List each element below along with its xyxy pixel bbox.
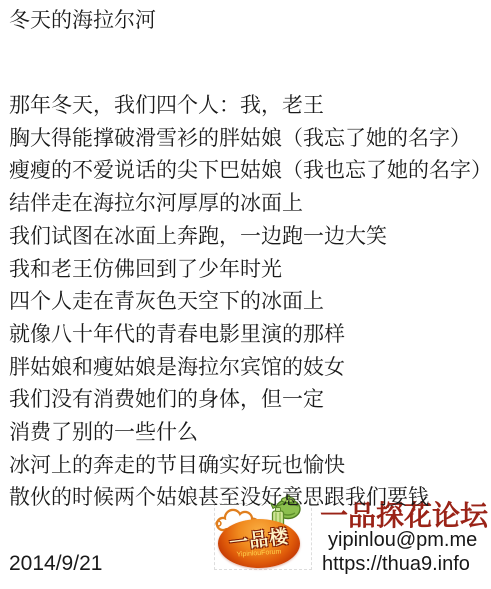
poem-line: 结伴走在海拉尔河厚厚的冰面上 (9, 188, 491, 221)
poem-line: 我们试图在冰面上奔跑，一边跑一边大笑 (9, 221, 491, 254)
poem-body: 那年冬天，我们四个人：我，老王 胸大得能撑破滑雪衫的胖姑娘（我忘了她的名字） 瘦… (9, 90, 491, 581)
poem-line: 我们没有消费她们的身体，但一定 (9, 384, 491, 417)
poem-line: 胖姑娘和瘦姑娘是海拉尔宾馆的妓女 (9, 352, 491, 385)
poem-line: 四个人走在青灰色天空下的冰面上 (9, 286, 491, 319)
poem-line: 消费了别的一些什么 (9, 417, 491, 450)
poem-line: 瘦瘦的不爱说话的尖下巴姑娘（我也忘了她的名字） (9, 155, 491, 188)
document-page: 冬天的海拉尔河 那年冬天，我们四个人：我，老王 胸大得能撑破滑雪衫的胖姑娘（我忘… (0, 0, 491, 589)
poem-line: 我和老王仿佛回到了少年时光 (9, 254, 491, 287)
poem-line: 那年冬天，我们四个人：我，老王 (9, 90, 491, 123)
poem-line: 散伙的时候两个姑娘甚至没好意思跟我们要钱 (9, 482, 491, 515)
poem-line: 冰河上的奔走的节目确实好玩也愉快 (9, 450, 491, 483)
poem-line: 就像八十年代的青春电影里演的那样 (9, 319, 491, 352)
date-text: 2014/9/21 (9, 548, 491, 581)
poem-line: 胸大得能撑破滑雪衫的胖姑娘（我忘了她的名字） (9, 123, 491, 156)
